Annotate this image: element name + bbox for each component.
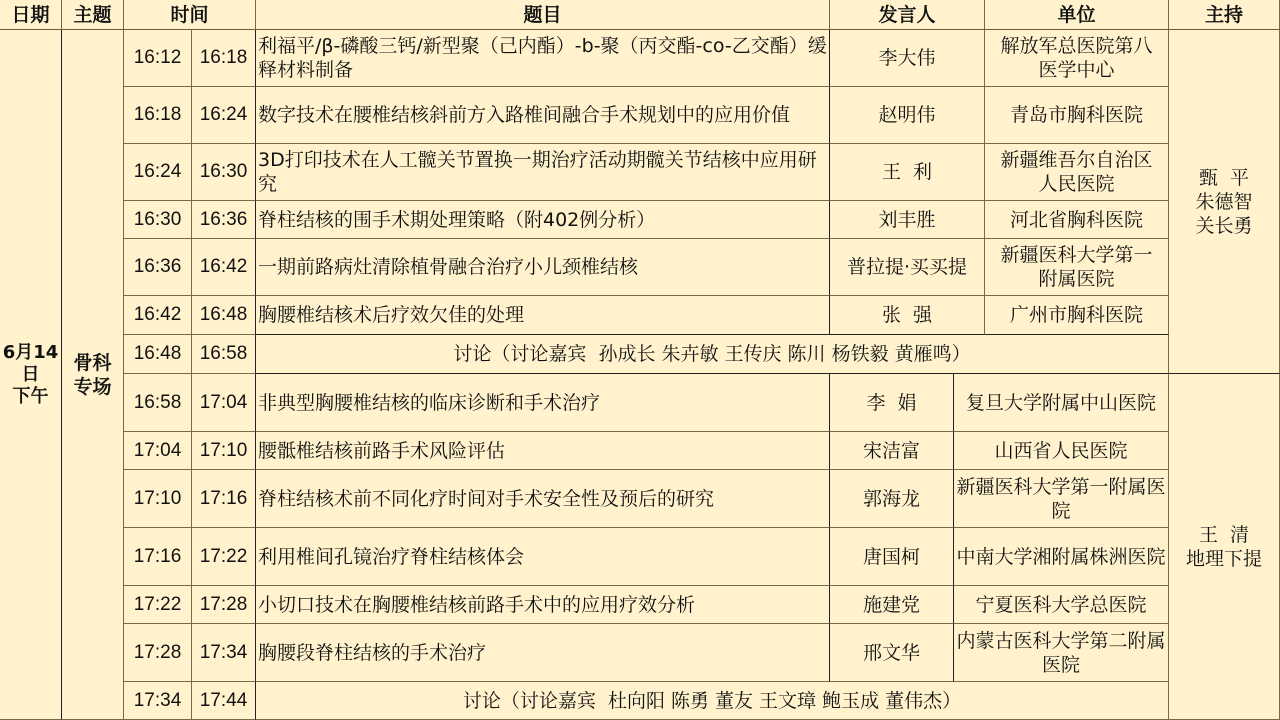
speaker-unit: 广州市胸科医院 [985,296,1169,335]
start-time: 17:04 [124,432,192,470]
speaker-name: 郭海龙 [830,470,954,528]
host-name: 关长勇 [1195,214,1252,238]
start-time: 17:22 [124,586,192,624]
host-name: 地理下提 [1186,547,1262,571]
header-speaker: 发言人 [830,0,985,30]
end-time: 16:24 [192,87,256,144]
start-time: 17:34 [124,682,192,720]
topic-title: 利用椎间孔镜治疗脊柱结核体会 [256,528,830,586]
end-time: 17:10 [192,432,256,470]
topic-title: 脊柱结核术前不同化疗时间对手术安全性及预后的研究 [256,470,830,528]
end-time: 17:28 [192,586,256,624]
speaker-unit: 宁夏医科大学总医院 [954,586,1169,624]
start-time: 16:30 [124,201,192,239]
end-time: 16:48 [192,296,256,335]
header-host: 主持 [1169,0,1280,30]
speaker-name: 施建党 [830,586,954,624]
host-group-2: 王 清 地理下提 [1169,374,1280,720]
speaker-unit: 解放军总医院第八医学中心 [985,30,1169,87]
speaker-name: 邢文华 [830,624,954,682]
date-line: 下午 [13,386,49,408]
session-theme: 骨科 专场 [62,30,124,720]
speaker-unit: 青岛市胸科医院 [985,87,1169,144]
speaker-unit: 山西省人民医院 [954,432,1169,470]
topic-title: 一期前路病灶清除植骨融合治疗小儿颈椎结核 [256,239,830,296]
speaker-name: 李大伟 [830,30,985,87]
end-time: 16:18 [192,30,256,87]
end-time: 16:36 [192,201,256,239]
speaker-name: 宋洁富 [830,432,954,470]
end-time: 17:34 [192,624,256,682]
header-time: 时间 [124,0,256,30]
speaker-unit: 河北省胸科医院 [985,201,1169,239]
speaker-unit: 中南大学湘附属株洲医院 [954,528,1169,586]
topic-title: 小切口技术在胸腰椎结核前路手术中的应用疗效分析 [256,586,830,624]
header-unit: 单位 [985,0,1169,30]
speaker-unit: 内蒙古医科大学第二附属医院 [954,624,1169,682]
start-time: 16:18 [124,87,192,144]
header-date: 日期 [0,0,62,30]
host-name: 朱德智 [1195,190,1252,214]
end-time: 17:22 [192,528,256,586]
topic-title: 非典型胸腰椎结核的临床诊断和手术治疗 [256,374,830,432]
topic-title: 脊柱结核的围手术期处理策略（附402例分析） [256,201,830,239]
session-date: 6月14 日 下午 [0,30,62,720]
end-time: 17:04 [192,374,256,432]
end-time: 17:16 [192,470,256,528]
speaker-unit: 新疆医科大学第一附属医院 [985,239,1169,296]
end-time: 16:42 [192,239,256,296]
speaker-name: 刘丰胜 [830,201,985,239]
start-time: 16:48 [124,335,192,374]
start-time: 17:16 [124,528,192,586]
start-time: 16:42 [124,296,192,335]
speaker-name: 王 利 [830,144,985,201]
theme-line: 骨科 [73,351,111,375]
theme-line: 专场 [73,375,111,399]
start-time: 16:24 [124,144,192,201]
header-topic: 题目 [256,0,830,30]
start-time: 16:58 [124,374,192,432]
start-time: 17:10 [124,470,192,528]
speaker-name: 唐国柯 [830,528,954,586]
start-time: 16:12 [124,30,192,87]
date-line: 日 [22,364,40,386]
topic-title: 腰骶椎结核前路手术风险评估 [256,432,830,470]
speaker-name: 普拉提·买买提 [830,239,985,296]
speaker-unit: 新疆医科大学第一附属医院 [954,470,1169,528]
end-time: 17:44 [192,682,256,720]
host-name: 王 清 [1199,523,1249,547]
speaker-name: 赵明伟 [830,87,985,144]
start-time: 16:36 [124,239,192,296]
host-name: 甄 平 [1199,166,1249,190]
header-theme: 主题 [62,0,124,30]
start-time: 17:28 [124,624,192,682]
topic-title: 胸腰椎结核术后疗效欠佳的处理 [256,296,830,335]
topic-title: 利福平/β-磷酸三钙/新型聚（己内酯）-b-聚（丙交酯-co-乙交酯）缓释材料制… [256,30,830,87]
end-time: 16:58 [192,335,256,374]
date-line: 6月14 [3,342,59,364]
discussion-row: 讨论（讨论嘉宾 孙成长 朱卉敏 王传庆 陈川 杨铁毅 黄雁鸣） [256,335,1169,374]
discussion-row: 讨论（讨论嘉宾 杜向阳 陈勇 董友 王文璋 鲍玉成 董伟杰） [256,682,1169,720]
topic-title: 数字技术在腰椎结核斜前方入路椎间融合手术规划中的应用价值 [256,87,830,144]
host-group-1: 甄 平 朱德智 关长勇 [1169,30,1280,374]
end-time: 16:30 [192,144,256,201]
speaker-name: 张 强 [830,296,985,335]
speaker-name: 李 娟 [830,374,954,432]
topic-title: 3D打印技术在人工髋关节置换一期治疗活动期髋关节结核中应用研究 [256,144,830,201]
speaker-unit: 新疆维吾尔自治区人民医院 [985,144,1169,201]
speaker-unit: 复旦大学附属中山医院 [954,374,1169,432]
topic-title: 胸腰段脊柱结核的手术治疗 [256,624,830,682]
